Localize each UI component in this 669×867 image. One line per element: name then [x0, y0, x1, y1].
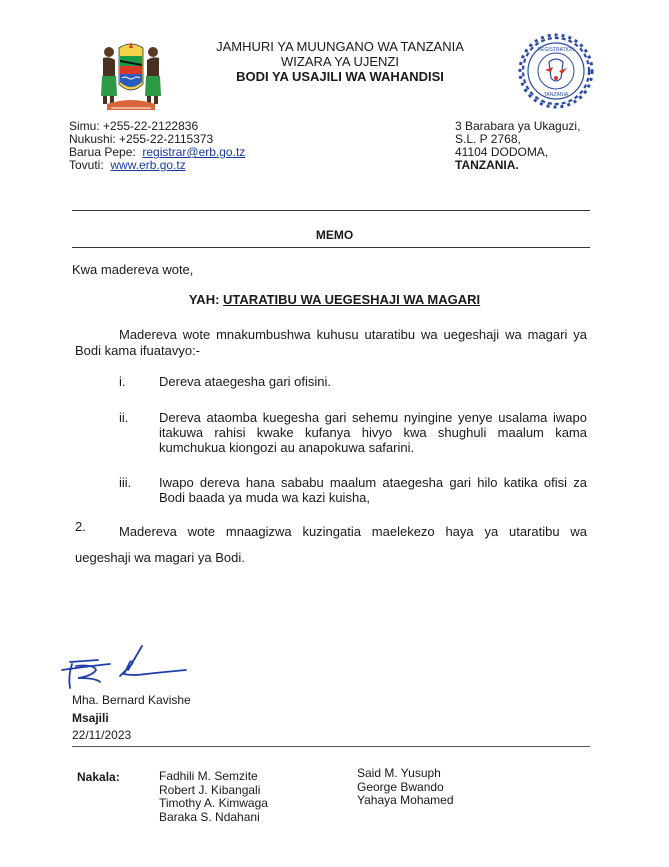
list-item-2-number: ii. — [119, 410, 128, 425]
signature-icon — [60, 640, 200, 690]
cc-recipient: Said M. Yusuph — [357, 767, 454, 781]
subject-prefix: YAH: — [189, 292, 220, 307]
address-country: TANZANIA. — [455, 159, 625, 172]
list-item-3-text: Iwapo dereva hana sababu maalum ataegesh… — [159, 475, 587, 505]
fax-number: +255-22-2115373 — [119, 132, 213, 146]
tanzania-coat-of-arms-icon — [95, 38, 167, 114]
memo-date: 22/11/2023 — [72, 727, 191, 745]
signatory-block: Mha. Bernard Kavishe Msajili 22/11/2023 — [72, 692, 191, 745]
header-divider — [72, 210, 590, 211]
ministry-name: WIZARA YA UJENZI — [180, 54, 500, 69]
cc-recipient: Timothy A. Kimwaga — [159, 797, 268, 811]
subject-text: UTARATIBU WA UEGESHAJI WA MAGARI — [223, 292, 480, 307]
republic-name: JAMHURI YA MUUNGANO WA TANZANIA — [180, 39, 500, 54]
copies-column-1: Fadhili M. Semzite Robert J. Kibangali T… — [159, 770, 268, 824]
erb-gear-seal-icon: REGISTRATION TANZANIA — [515, 30, 597, 112]
cc-recipient: Baraka S. Ndahani — [159, 811, 268, 825]
erb-seal-emblem: REGISTRATION TANZANIA — [515, 30, 597, 112]
coat-of-arms-emblem — [95, 38, 167, 114]
email-label: Barua Pepe: — [69, 145, 136, 159]
email-link[interactable]: registrar@erb.go.tz — [142, 145, 245, 159]
signature-divider — [72, 746, 590, 747]
cc-recipient: Fadhili M. Semzite — [159, 770, 268, 784]
phone-number: +255-22-2122836 — [103, 119, 198, 133]
salutation: Kwa madereva wote, — [72, 262, 193, 278]
list-item-3-number: iii. — [119, 475, 131, 490]
cc-recipient: Yahaya Mohamed — [357, 794, 454, 808]
svg-text:REGISTRATION: REGISTRATION — [537, 47, 575, 53]
copies-label: Nakala: — [77, 770, 120, 784]
intro-paragraph: Madereva wote mnakumbushwa kuhusu utarat… — [75, 327, 587, 359]
list-item-2-text: Dereva ataomba kuegesha gari sehemu nyin… — [159, 410, 587, 455]
address-block: 3 Barabara ya Ukaguzi, S.L. P 2768, 4110… — [455, 120, 625, 172]
svg-text:TANZANIA: TANZANIA — [544, 92, 569, 98]
list-item-1-number: i. — [119, 374, 126, 389]
website-label: Tovuti: — [69, 158, 104, 172]
signature-mark — [60, 640, 200, 690]
signatory-name: Mha. Bernard Kavishe — [72, 692, 191, 710]
cc-recipient: Robert J. Kibangali — [159, 784, 268, 798]
cc-recipient: George Bwando — [357, 781, 454, 795]
board-name: BODI YA USAJILI WA WAHANDISI — [180, 69, 500, 84]
website-line: Tovuti: www.erb.go.tz — [69, 159, 329, 172]
website-link[interactable]: www.erb.go.tz — [110, 158, 185, 172]
contact-block: Simu: +255-22-2122836 Nukushi: +255-22-2… — [69, 120, 329, 172]
memo-divider — [72, 247, 590, 248]
list-item-1-text: Dereva ataegesha gari ofisini. — [159, 374, 587, 389]
copies-column-2: Said M. Yusuph George Bwando Yahaya Moha… — [357, 767, 454, 808]
para2-text: Madereva wote mnaagizwa kuzingatia maele… — [75, 519, 587, 571]
signatory-title: Msajili — [72, 710, 191, 728]
fax-label: Nukushi: — [69, 132, 116, 146]
memo-subject: YAH: UTARATIBU WA UEGESHAJI WA MAGARI — [0, 292, 669, 307]
memo-title: MEMO — [0, 228, 669, 242]
phone-label: Simu: — [69, 119, 100, 133]
